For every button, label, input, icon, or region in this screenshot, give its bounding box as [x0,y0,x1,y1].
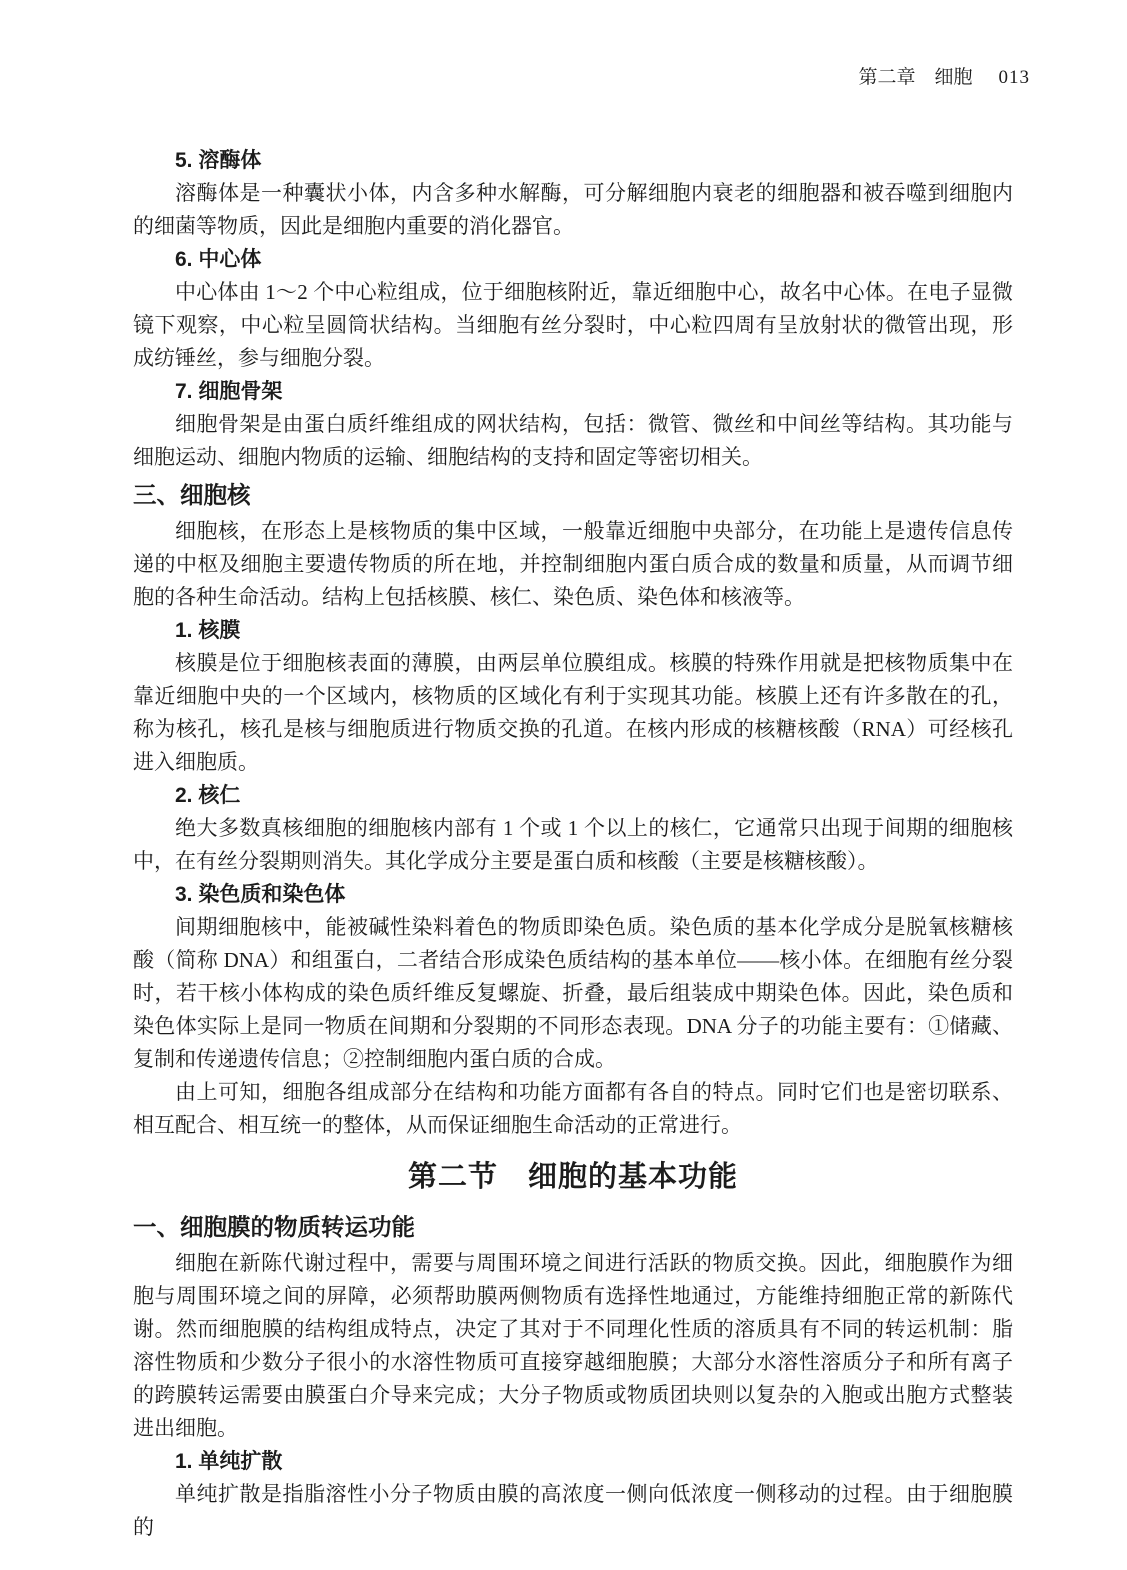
paragraph-simple-diffusion: 单纯扩散是指脂溶性小分子物质由膜的高浓度一侧向低浓度一侧移动的过程。由于细胞膜的 [133,1478,1013,1544]
section-title-cell-basic-functions: 第二节 细胞的基本功能 [133,1156,1013,1198]
textbook-page: 第二章 细胞 013 5. 溶酶体 溶酶体是一种囊状小体，内含多种水解酶，可分解… [0,0,1127,1570]
heading-membrane-transport: 一、细胞膜的物质转运功能 [133,1209,1013,1245]
subheading-simple-diffusion: 1. 单纯扩散 [133,1445,1013,1478]
paragraph-summary: 由上可知，细胞各组成部分在结构和功能方面都有各自的特点。同时它们也是密切联系、相… [133,1076,1013,1142]
page-number: 013 [999,66,1031,90]
heading-nucleus: 三、细胞核 [133,477,1013,513]
subheading-centrosome: 6. 中心体 [133,243,1013,276]
paragraph-nucleolus: 绝大多数真核细胞的细胞核内部有 1 个或 1 个以上的核仁，它通常只出现于间期的… [133,812,1013,878]
header-chapter-label: 第二章 [858,66,915,90]
subheading-lysosome: 5. 溶酶体 [133,144,1013,177]
subheading-nuclear-membrane: 1. 核膜 [133,614,1013,647]
paragraph-nucleus-overview: 细胞核，在形态上是核物质的集中区域，一般靠近细胞中央部分，在功能上是遗传信息传递… [133,515,1013,614]
paragraph-membrane-transport: 细胞在新陈代谢过程中，需要与周围环境之间进行活跃的物质交换。因此，细胞膜作为细胞… [133,1247,1013,1445]
paragraph-centrosome: 中心体由 1～2 个中心粒组成，位于细胞核附近，靠近细胞中心，故名中心体。在电子… [133,276,1013,375]
paragraph-cytoskeleton: 细胞骨架是由蛋白质纤维组成的网状结构，包括：微管、微丝和中间丝等结构。其功能与细… [133,408,1013,474]
subheading-nucleolus: 2. 核仁 [133,779,1013,812]
page-header: 第二章 细胞 013 [858,66,1030,90]
subheading-chromatin-chromosome: 3. 染色质和染色体 [133,878,1013,911]
paragraph-chromatin-chromosome: 间期细胞核中，能被碱性染料着色的物质即染色质。染色质的基本化学成分是脱氧核糖核酸… [133,911,1013,1076]
header-section-label: 细胞 [934,66,972,90]
paragraph-nuclear-membrane: 核膜是位于细胞核表面的薄膜，由两层单位膜组成。核膜的特殊作用就是把核物质集中在靠… [133,647,1013,779]
subheading-cytoskeleton: 7. 细胞骨架 [133,375,1013,408]
paragraph-lysosome: 溶酶体是一种囊状小体，内含多种水解酶，可分解细胞内衰老的细胞器和被吞噬到细胞内的… [133,177,1013,243]
page-content: 5. 溶酶体 溶酶体是一种囊状小体，内含多种水解酶，可分解细胞内衰老的细胞器和被… [133,144,1013,1544]
